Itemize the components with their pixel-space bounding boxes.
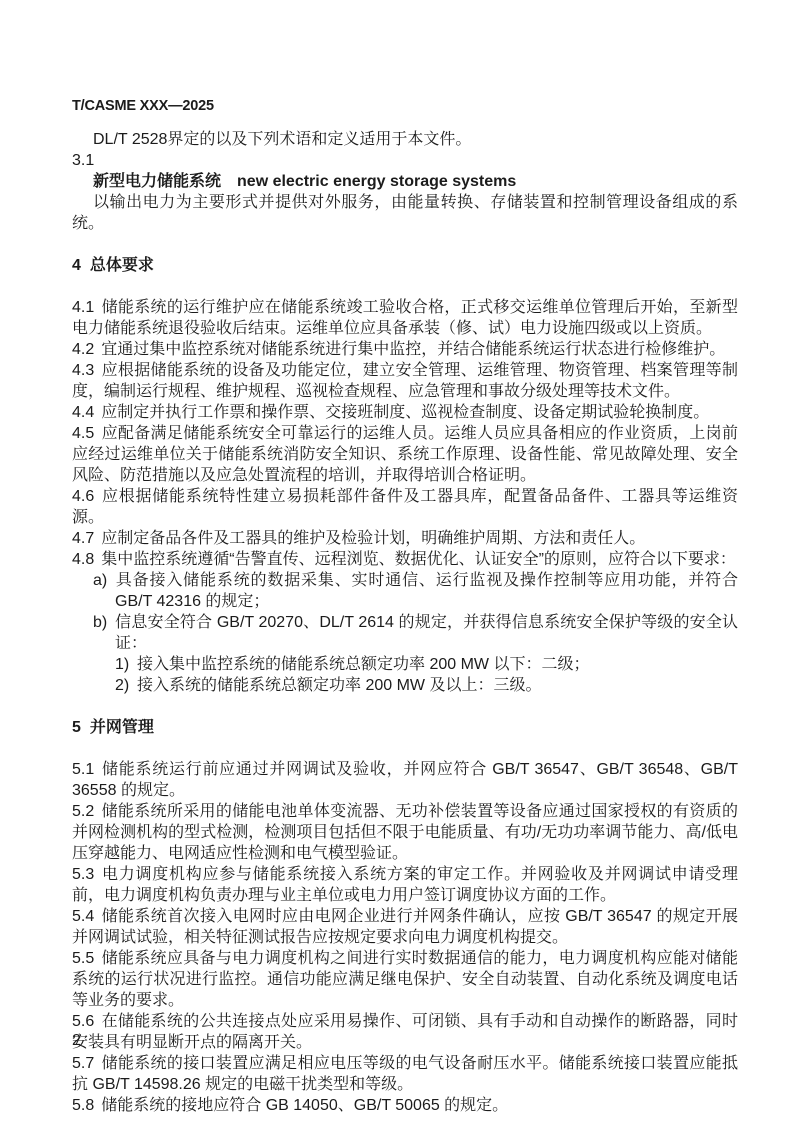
- clause-5-5: 5.5储能系统应具备与电力调度机构之间进行实时数据通信的能力，电力调度机构应能对…: [72, 948, 738, 1011]
- term-definition: 新型电力储能系统new electric energy storage syst…: [72, 171, 738, 192]
- document-header: T/CASME XXX—2025: [72, 96, 738, 117]
- document-paragraph-0: DL/T 2528界定的以及下列术语和定义适用于本文件。: [72, 129, 738, 150]
- document-paragraph-3: 以输出电力为主要形式并提供对外服务，由能量转换、存储装置和控制管理设备组成的系统…: [72, 192, 738, 234]
- clause-4-8: 4.8集中监控系统遵循“告警直传、远程浏览、数据优化、认证安全”的原则，应符合以…: [72, 549, 738, 570]
- clause-4-1: 4.1储能系统的运行维护应在储能系统竣工验收合格，正式移交运维单位管理后开始，至…: [72, 297, 738, 339]
- list-item-b: b)信息安全符合 GB/T 20270、DL/T 2614 的规定，并获得信息系…: [72, 612, 738, 654]
- document-content: T/CASME XXX—2025 DL/T 2528界定的以及下列术语和定义适用…: [72, 96, 738, 1116]
- clause-4-7: 4.7应制定备品各件及工器具的维护及检验计划，明确维护周期、方法和责任人。: [72, 528, 738, 549]
- clause-4-3: 4.3应根据储能系统的设备及功能定位，建立安全管理、运维管理、物资管理、档案管理…: [72, 360, 738, 402]
- clause-5-2: 5.2储能系统所采用的储能电池单体变流器、无功补偿装置等设备应通过国家授权的有资…: [72, 801, 738, 864]
- list-item-1: 1)接入集中监控系统的储能系统总额定功率 200 MW 以下：二级；: [72, 654, 738, 675]
- document-page: T/CASME XXX—2025 DL/T 2528界定的以及下列术语和定义适用…: [0, 0, 793, 1122]
- clause-5-1: 5.1储能系统运行前应通过并网调试及验收，并网应符合 GB/T 36547、GB…: [72, 759, 738, 801]
- clause-4-2: 4.2宜通过集中监控系统对储能系统进行集中监控，并结合储能系统运行状态进行检修维…: [72, 339, 738, 360]
- page-number: 2: [72, 1030, 81, 1051]
- section-heading-5: 5并网管理: [72, 717, 738, 738]
- document-body: DL/T 2528界定的以及下列术语和定义适用于本文件。3.1新型电力储能系统n…: [72, 129, 738, 1116]
- clause-4-6: 4.6应根据储能系统特性建立易损耗部件备件及工器具库，配置备品备件、工器具等运维…: [72, 486, 738, 528]
- clause-5-6: 5.6在储能系统的公共连接点处应采用易操作、可闭锁、具有手动和自动操作的断路器，…: [72, 1011, 738, 1053]
- clause-5-7: 5.7储能系统的接口装置应满足相应电压等级的电气设备耐压水平。储能系统接口装置应…: [72, 1053, 738, 1095]
- list-item-a: a)具备接入储能系统的数据采集、实时通信、运行监视及操作控制等应用功能，并符合 …: [72, 570, 738, 612]
- clause-4-4: 4.4应制定并执行工作票和操作票、交接班制度、巡视检查制度、设备定期试验轮换制度…: [72, 402, 738, 423]
- section-heading-4: 4总体要求: [72, 255, 738, 276]
- clause-4-5: 4.5应配备满足储能系统安全可靠运行的运维人员。运维人员应具备相应的作业资质，上…: [72, 423, 738, 486]
- clause-5-3: 5.3电力调度机构应参与储能系统接入系统方案的审定工作。并网验收及并网调试申请受…: [72, 864, 738, 906]
- term-number: 3.1: [72, 150, 738, 171]
- clause-5-8: 5.8储能系统的接地应符合 GB 14050、GB/T 50065 的规定。: [72, 1095, 738, 1116]
- list-item-2: 2)接入系统的储能系统总额定功率 200 MW 及以上：三级。: [72, 675, 738, 696]
- clause-5-4: 5.4储能系统首次接入电网时应由电网企业进行并网条件确认，应按 GB/T 365…: [72, 906, 738, 948]
